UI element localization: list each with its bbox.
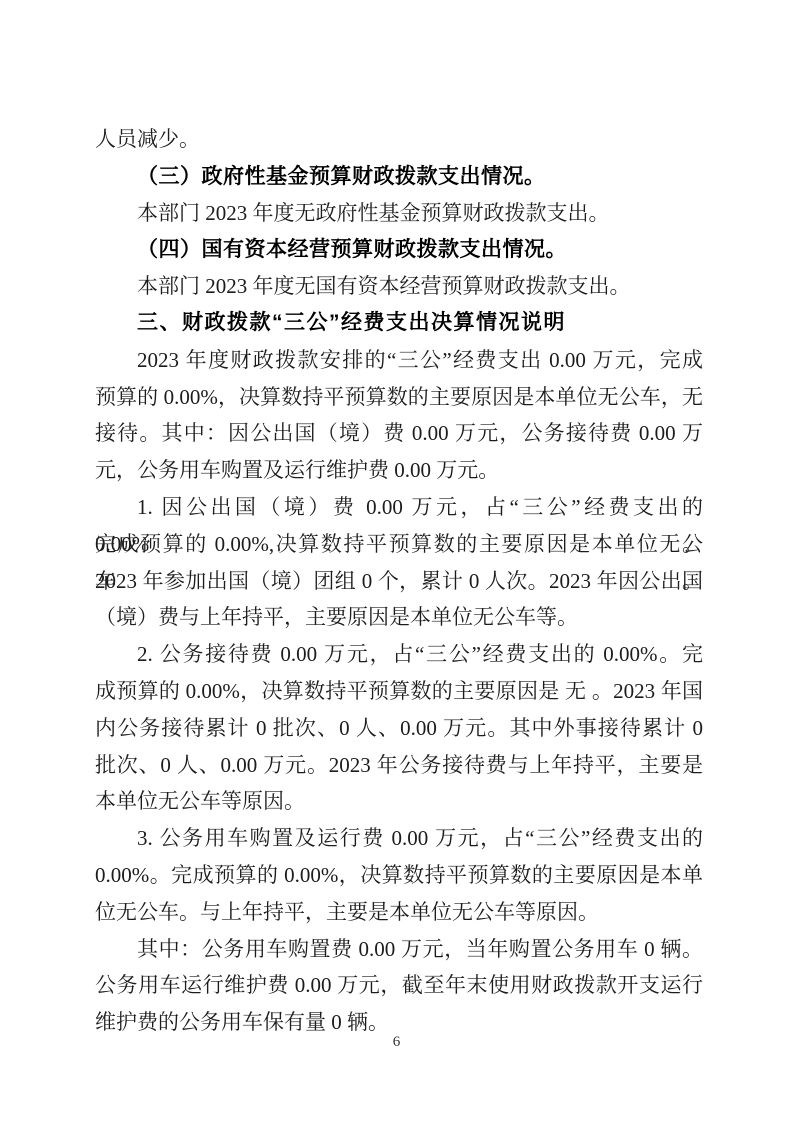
document-body: 人员减少。 （三）政府性基金预算财政拨款支出情况。 本部门 2023 年度无政府… bbox=[95, 121, 703, 1041]
body-line: 完成预算的 0.00%,决算数持平预算数的主要原因是本单位无公车。 bbox=[95, 526, 703, 563]
body-line: 0.00%。完成预算的 0.00%，决算数持平预算数的主要原因是本单 bbox=[95, 857, 703, 894]
body-line: 本部门 2023 年度无国有资本经营预算财政拨款支出。 bbox=[95, 268, 703, 305]
body-line: 本部门 2023 年度无政府性基金预算财政拨款支出。 bbox=[95, 195, 703, 232]
body-line: 本单位无公车等原因。 bbox=[95, 783, 703, 820]
body-line: 2023 年度财政拨款安排的“三公”经费支出 0.00 万元，完成 bbox=[95, 342, 703, 379]
body-line-item-2-official-reception: 2. 公务接待费 0.00 万元，占“三公”经费支出的 0.00%。完 bbox=[95, 636, 703, 673]
body-line-item-1-overseas-travel: 1. 因公出国（境）费 0.00 万元，占“三公”经费支出的 0.00%。 bbox=[95, 489, 703, 526]
chapter-heading-three-public-expenses: 三、财政拨款“三公”经费支出决算情况说明 bbox=[95, 305, 703, 342]
document-page: 人员减少。 （三）政府性基金预算财政拨款支出情况。 本部门 2023 年度无政府… bbox=[0, 0, 793, 1122]
section-heading-gov-fund-budget: （三）政府性基金预算财政拨款支出情况。 bbox=[95, 158, 703, 195]
body-line: 人员减少。 bbox=[95, 121, 703, 158]
section-heading-state-capital-budget: （四）国有资本经营预算财政拨款支出情况。 bbox=[95, 231, 703, 268]
body-line: 接待。其中：因公出国（境）费 0.00 万元，公务接待费 0.00 万 bbox=[95, 415, 703, 452]
body-line: 公务用车运行维护费 0.00 万元，截至年末使用财政拨款开支运行 bbox=[95, 967, 703, 1004]
body-line: 预算的 0.00%，决算数持平预算数的主要原因是本单位无公车，无 bbox=[95, 379, 703, 416]
body-line-item-3-official-vehicles: 3. 公务用车购置及运行费 0.00 万元，占“三公”经费支出的 bbox=[95, 820, 703, 857]
page-number: 6 bbox=[0, 1034, 793, 1051]
body-line: 内公务接待累计 0 批次、0 人、0.00 万元。其中外事接待累计 0 bbox=[95, 710, 703, 747]
body-line: 位无公车。与上年持平，主要是本单位无公车等原因。 bbox=[95, 894, 703, 931]
body-line: 成预算的 0.00%，决算数持平预算数的主要原因是 无 。2023 年国 bbox=[95, 673, 703, 710]
body-line: （境）费与上年持平，主要原因是本单位无公车等。 bbox=[95, 599, 703, 636]
body-line: 其中：公务用车购置费 0.00 万元，当年购置公务用车 0 辆。 bbox=[95, 931, 703, 968]
body-line: 元，公务用车购置及运行维护费 0.00 万元。 bbox=[95, 452, 703, 489]
body-line: 批次、0 人、0.00 万元。2023 年公务接待费与上年持平，主要是 bbox=[95, 747, 703, 784]
body-line: 2023 年参加出国（境）团组 0 个，累计 0 人次。2023 年因公出国 bbox=[95, 563, 703, 600]
